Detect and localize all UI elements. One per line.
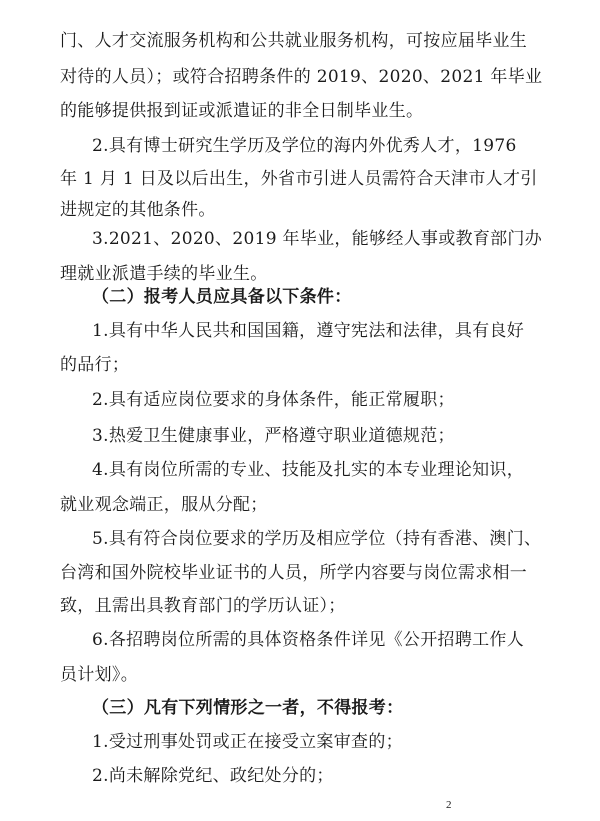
paragraph-line: 年 1 月 1 日及以后出生，外省市引进人员需符合天津市人才引	[60, 168, 538, 190]
paragraph-line: 的能够提供报到证或派遣证的非全日制毕业生。	[60, 100, 423, 122]
paragraph-line: 的品行；	[60, 354, 129, 376]
paragraph-line: 5.具有符合岗位要求的学历及相应学位（持有香港、澳门、	[92, 528, 541, 550]
paragraph-line: 1.受过刑事处罚或正在接受立案审查的；	[92, 731, 403, 753]
paragraph-line: 台湾和国外院校毕业证书的人员，所学内容要与岗位需求相一	[60, 562, 527, 584]
paragraph-line: 2.具有适应岗位要求的身体条件，能正常履职；	[92, 389, 455, 411]
section-heading-3: （三）凡有下列情形之一者，不得报考：	[92, 697, 403, 719]
document-page: 门、人才交流服务机构和公共就业服务机构，可按应届毕业生 对待的人员）；或符合招聘…	[0, 0, 600, 821]
paragraph-line: 3.2021、2020、2019 年毕业，能够经人事或教育部门办	[92, 228, 542, 250]
paragraph-line: 就业观念端正，服从分配；	[60, 494, 268, 516]
paragraph-line: 致，且需出具教育部门的学历认证）；	[60, 595, 346, 617]
paragraph-line: 进规定的其他条件。	[60, 199, 216, 221]
paragraph-line: 理就业派遣手续的毕业生。	[60, 263, 268, 285]
paragraph-line: 对待的人员）；或符合招聘条件的 2019、2020、2021 年毕业	[60, 66, 542, 88]
paragraph-line: 1.具有中华人民共和国国籍，遵守宪法和法律，具有良好	[92, 320, 524, 342]
page-number: 2	[446, 799, 452, 811]
section-heading-2: （二）报考人员应具备以下条件：	[92, 286, 352, 308]
paragraph-line: 3.热爱卫生健康事业，严格遵守职业道德规范；	[92, 425, 455, 447]
paragraph-line: 6.各招聘岗位所需的具体资格条件详见《公开招聘工作人	[92, 629, 524, 651]
paragraph-line: 2.尚未解除党纪、政纪处分的；	[92, 765, 334, 787]
paragraph-line: 员计划》。	[60, 664, 138, 686]
paragraph-line: 门、人才交流服务机构和公共就业服务机构，可按应届毕业生	[60, 30, 527, 52]
paragraph-line: 4.具有岗位所需的专业、技能及扎实的本专业理论知识，	[92, 459, 524, 481]
paragraph-line: 2.具有博士研究生学历及学位的海内外优秀人才，1976	[92, 135, 517, 157]
